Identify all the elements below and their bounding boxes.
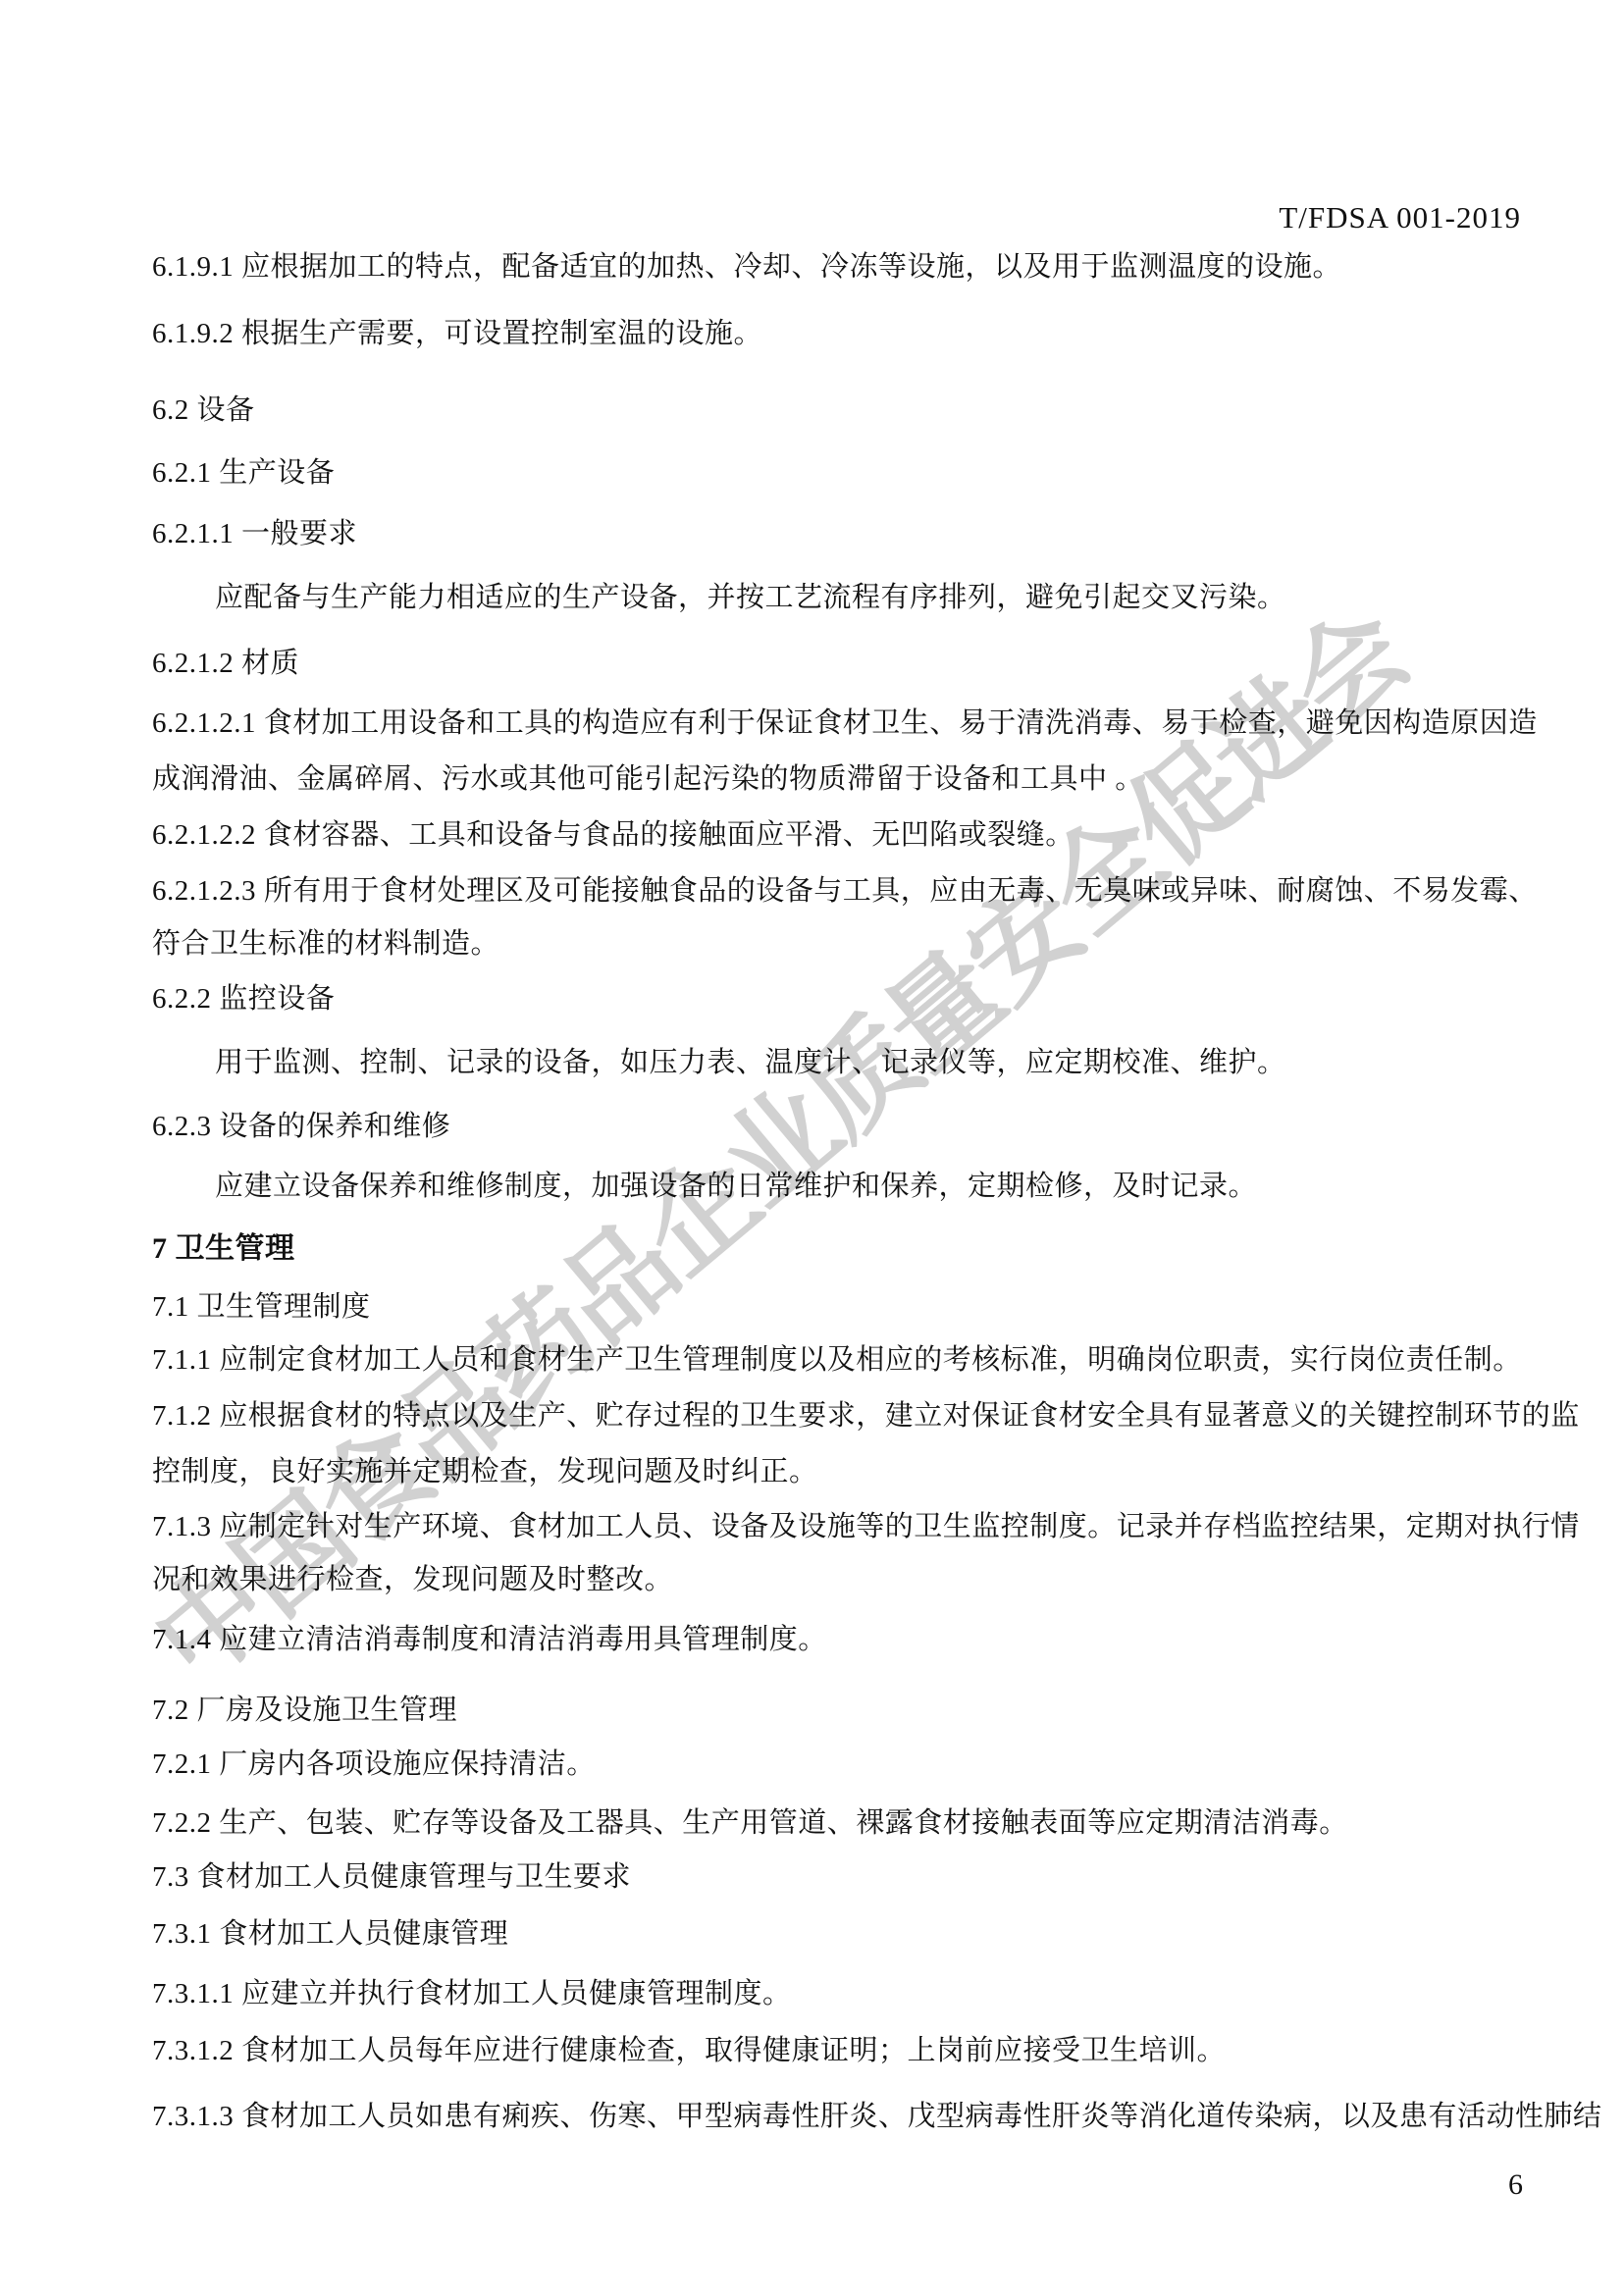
- document-line: 7.3.1.1 应建立并执行食材加工人员健康管理制度。: [152, 1974, 792, 2013]
- document-line: 7.1 卫生管理制度: [152, 1287, 371, 1327]
- document-line: 6.2.1.2 材质: [152, 644, 299, 683]
- document-line: 6.1.9.2 根据生产需要，可设置控制室温的设施。: [152, 314, 762, 353]
- document-line: 6.2.1.2.2 食材容器、工具和设备与食品的接触面应平滑、无凹陷或裂缝。: [152, 815, 1074, 855]
- document-line: 6.2.1.2.3 所有用于食材处理区及可能接触食品的设备与工具，应由无毒、无臭…: [152, 871, 1538, 911]
- document-line: 7.3.1.3 食材加工人员如患有痢疾、伤寒、甲型病毒性肝炎、戊型病毒性肝炎等消…: [152, 2097, 1602, 2136]
- document-line: 成润滑油、金属碎屑、污水或其他可能引起污染的物质滞留于设备和工具中 。: [152, 759, 1144, 799]
- document-line: 7.1.1 应制定食材加工人员和食材生产卫生管理制度以及相应的考核标准，明确岗位…: [152, 1340, 1522, 1380]
- document-line: 7.1.3 应制定针对生产环境、食材加工人员、设备及设施等的卫生监控制度。记录并…: [152, 1507, 1580, 1546]
- document-line: 控制度，良好实施并定期检查，发现问题及时纠正。: [152, 1452, 818, 1491]
- document-line: 6.1.9.1 应根据加工的特点，配备适宜的加热、冷却、冷冻等设施，以及用于监测…: [152, 247, 1341, 287]
- document-line: 6.2 设备: [152, 391, 255, 430]
- document-line: 7.3.1 食材加工人员健康管理: [152, 1914, 508, 1954]
- document-line: 6.2.1.1 一般要求: [152, 514, 357, 553]
- document-line: 应建立设备保养和维修制度，加强设备的日常维护和保养，定期检修，及时记录。: [152, 1167, 1257, 1206]
- page-number: 6: [1508, 2168, 1523, 2202]
- document-line: 符合卫生标准的材料制造。: [152, 924, 499, 964]
- document-body: 6.1.9.1 应根据加工的特点，配备适宜的加热、冷却、冷冻等设施，以及用于监测…: [152, 0, 1545, 2295]
- document-line: 7.3 食材加工人员健康管理与卫生要求: [152, 1857, 631, 1897]
- document-line: 7.2.1 厂房内各项设施应保持清洁。: [152, 1745, 596, 1784]
- document-line: 应配备与生产能力相适应的生产设备，并按工艺流程有序排列，避免引起交叉污染。: [152, 578, 1286, 617]
- document-line: 7.1.2 应根据食材的特点以及生产、贮存过程的卫生要求，建立对保证食材安全具有…: [152, 1396, 1580, 1435]
- document-line: 用于监测、控制、记录的设备，如压力表、温度计、记录仪等，应定期校准、维护。: [152, 1043, 1286, 1082]
- document-line: 6.2.3 设备的保养和维修: [152, 1107, 450, 1146]
- document-line: 7.1.4 应建立清洁消毒制度和清洁消毒用具管理制度。: [152, 1620, 827, 1659]
- document-line: 7.3.1.2 食材加工人员每年应进行健康检查，取得健康证明；上岗前应接受卫生培…: [152, 2031, 1226, 2070]
- document-page: 中国食品药品企业质量安全促进会 T/FDSA 001-2019 6.1.9.1 …: [0, 0, 1624, 2295]
- document-line: 况和效果进行检查，发现问题及时整改。: [152, 1560, 673, 1599]
- document-line: 6.2.1 生产设备: [152, 453, 335, 493]
- standard-code-header: T/FDSA 001-2019: [1279, 200, 1521, 235]
- document-line: 6.2.2 监控设备: [152, 979, 335, 1018]
- document-line: 6.2.1.2.1 食材加工用设备和工具的构造应有利于保证食材卫生、易于清洗消毒…: [152, 704, 1538, 743]
- document-line: 7.2 厂房及设施卫生管理: [152, 1691, 457, 1730]
- document-line: 7 卫生管理: [152, 1229, 295, 1269]
- document-line: 7.2.2 生产、包装、贮存等设备及工器具、生产用管道、裸露食材接触表面等应定期…: [152, 1803, 1348, 1843]
